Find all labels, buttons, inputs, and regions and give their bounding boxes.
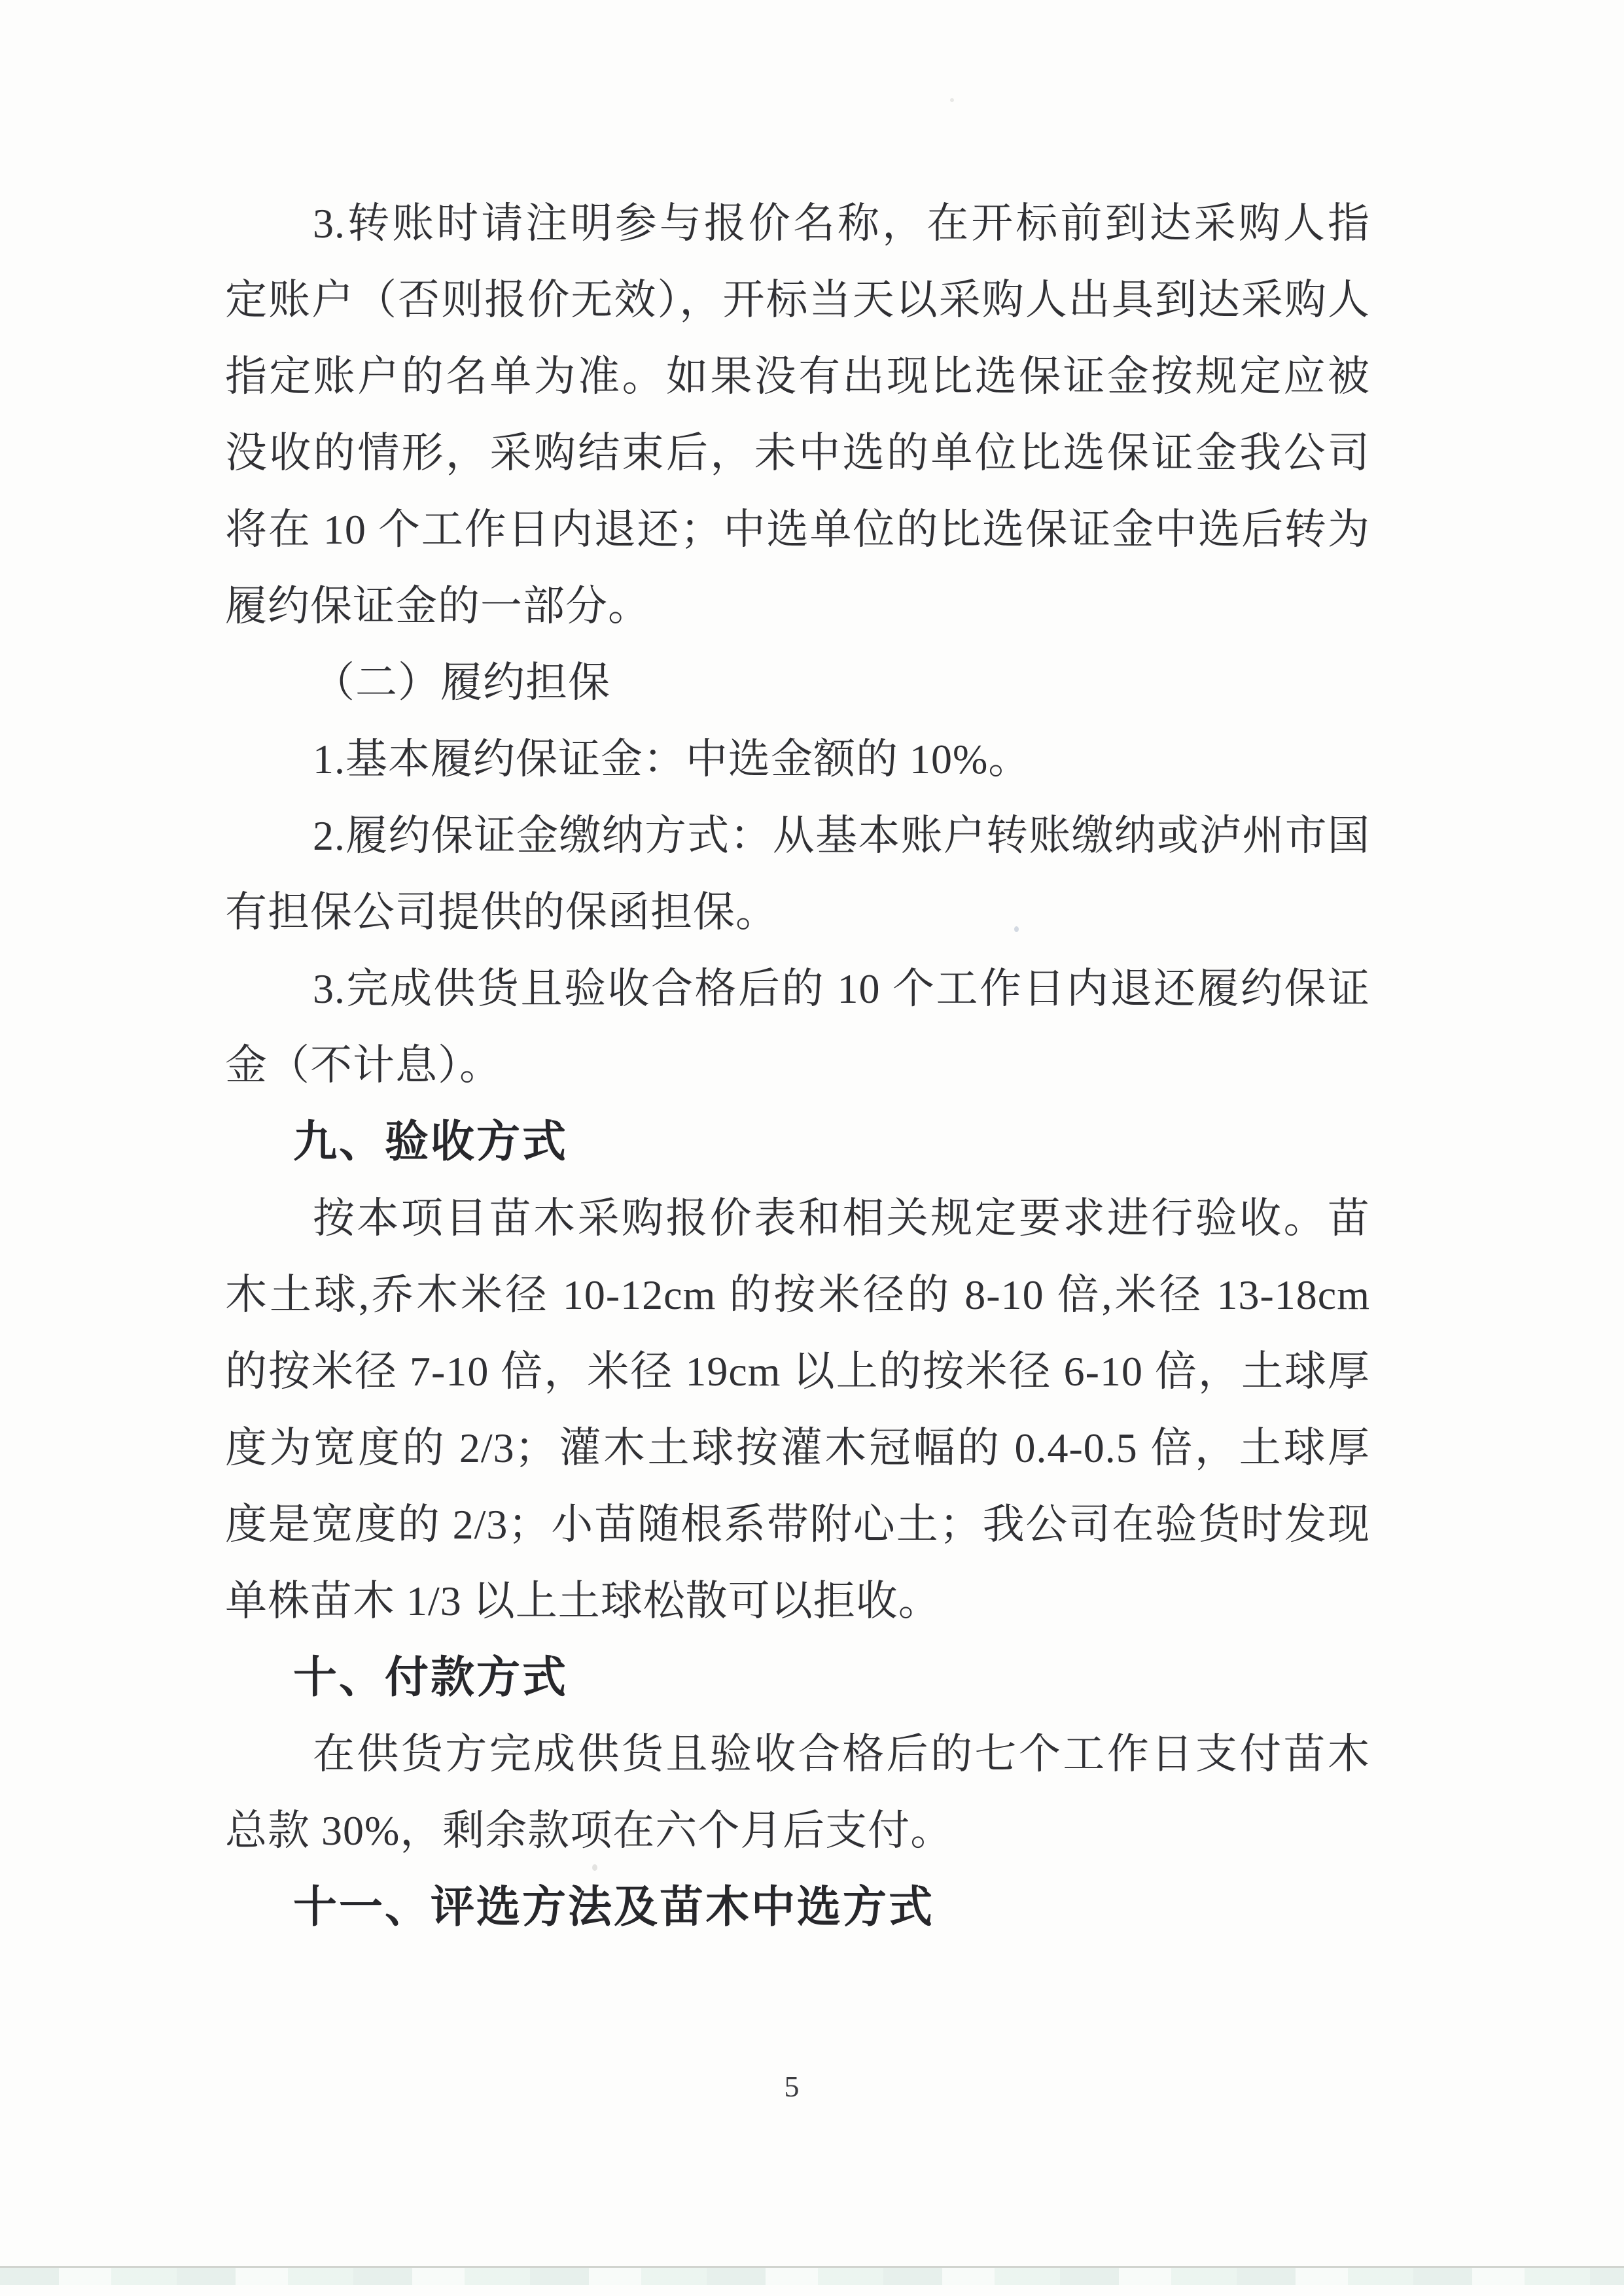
text-line: 3.完成供货且验收合格后的 10 个工作日内退还履约保证 <box>225 950 1370 1027</box>
page-number: 5 <box>772 2067 811 2106</box>
text-line: （二）履约担保 <box>225 644 1370 721</box>
scan-speck <box>592 1864 597 1871</box>
text-line: 1.基本履约保证金：中选金额的 10%。 <box>225 721 1370 797</box>
section-heading: 十一、评选方法及苗木中选方式 <box>225 1869 1370 1945</box>
section-heading: 九、验收方式 <box>225 1104 1370 1180</box>
text-line: 按本项目苗木采购报价表和相关规定要求进行验收。苗 <box>225 1180 1370 1257</box>
section-heading: 十、付款方式 <box>225 1639 1370 1716</box>
scan-artifact-band <box>0 2268 1624 2285</box>
text-line: 3.转账时请注明参与报价名称，在开标前到达采购人指 <box>225 185 1370 262</box>
text-line: 定账户（否则报价无效），开标当天以采购人出具到达采购人 <box>225 262 1370 338</box>
text-line: 没收的情形，采购结束后，未中选的单位比选保证金我公司 <box>225 415 1370 491</box>
text-line: 在供货方完成供货且验收合格后的七个工作日支付苗木 <box>225 1716 1370 1792</box>
text-line: 金（不计息）。 <box>225 1027 1370 1104</box>
scan-speck <box>950 98 954 102</box>
text-line: 履约保证金的一部分。 <box>225 568 1370 644</box>
text-line: 有担保公司提供的保函担保。 <box>225 874 1370 950</box>
text-line: 2.履约保证金缴纳方式：从基本账户转账缴纳或泸州市国 <box>225 797 1370 874</box>
document-page: 3.转账时请注明参与报价名称，在开标前到达采购人指定账户（否则报价无效），开标当… <box>0 0 1624 2296</box>
document-text: 3.转账时请注明参与报价名称，在开标前到达采购人指定账户（否则报价无效），开标当… <box>225 185 1370 1945</box>
text-line: 度为宽度的 2/3；灌木土球按灌木冠幅的 0.4-0.5 倍，土球厚 <box>225 1410 1370 1486</box>
text-line: 将在 10 个工作日内退还；中选单位的比选保证金中选后转为 <box>225 491 1370 568</box>
text-line: 度是宽度的 2/3；小苗随根系带附心土；我公司在验货时发现 <box>225 1486 1370 1563</box>
text-line: 指定账户的名单为准。如果没有出现比选保证金按规定应被 <box>225 338 1370 415</box>
text-line: 总款 30%，剩余款项在六个月后支付。 <box>225 1792 1370 1869</box>
text-line: 单株苗木 1/3 以上土球松散可以拒收。 <box>225 1563 1370 1639</box>
text-line: 的按米径 7-10 倍，米径 19cm 以上的按米径 6-10 倍，土球厚 <box>225 1333 1370 1410</box>
text-line: 木土球,乔木米径 10-12cm 的按米径的 8-10 倍,米径 13-18cm <box>225 1257 1370 1333</box>
scan-speck <box>1014 926 1019 932</box>
